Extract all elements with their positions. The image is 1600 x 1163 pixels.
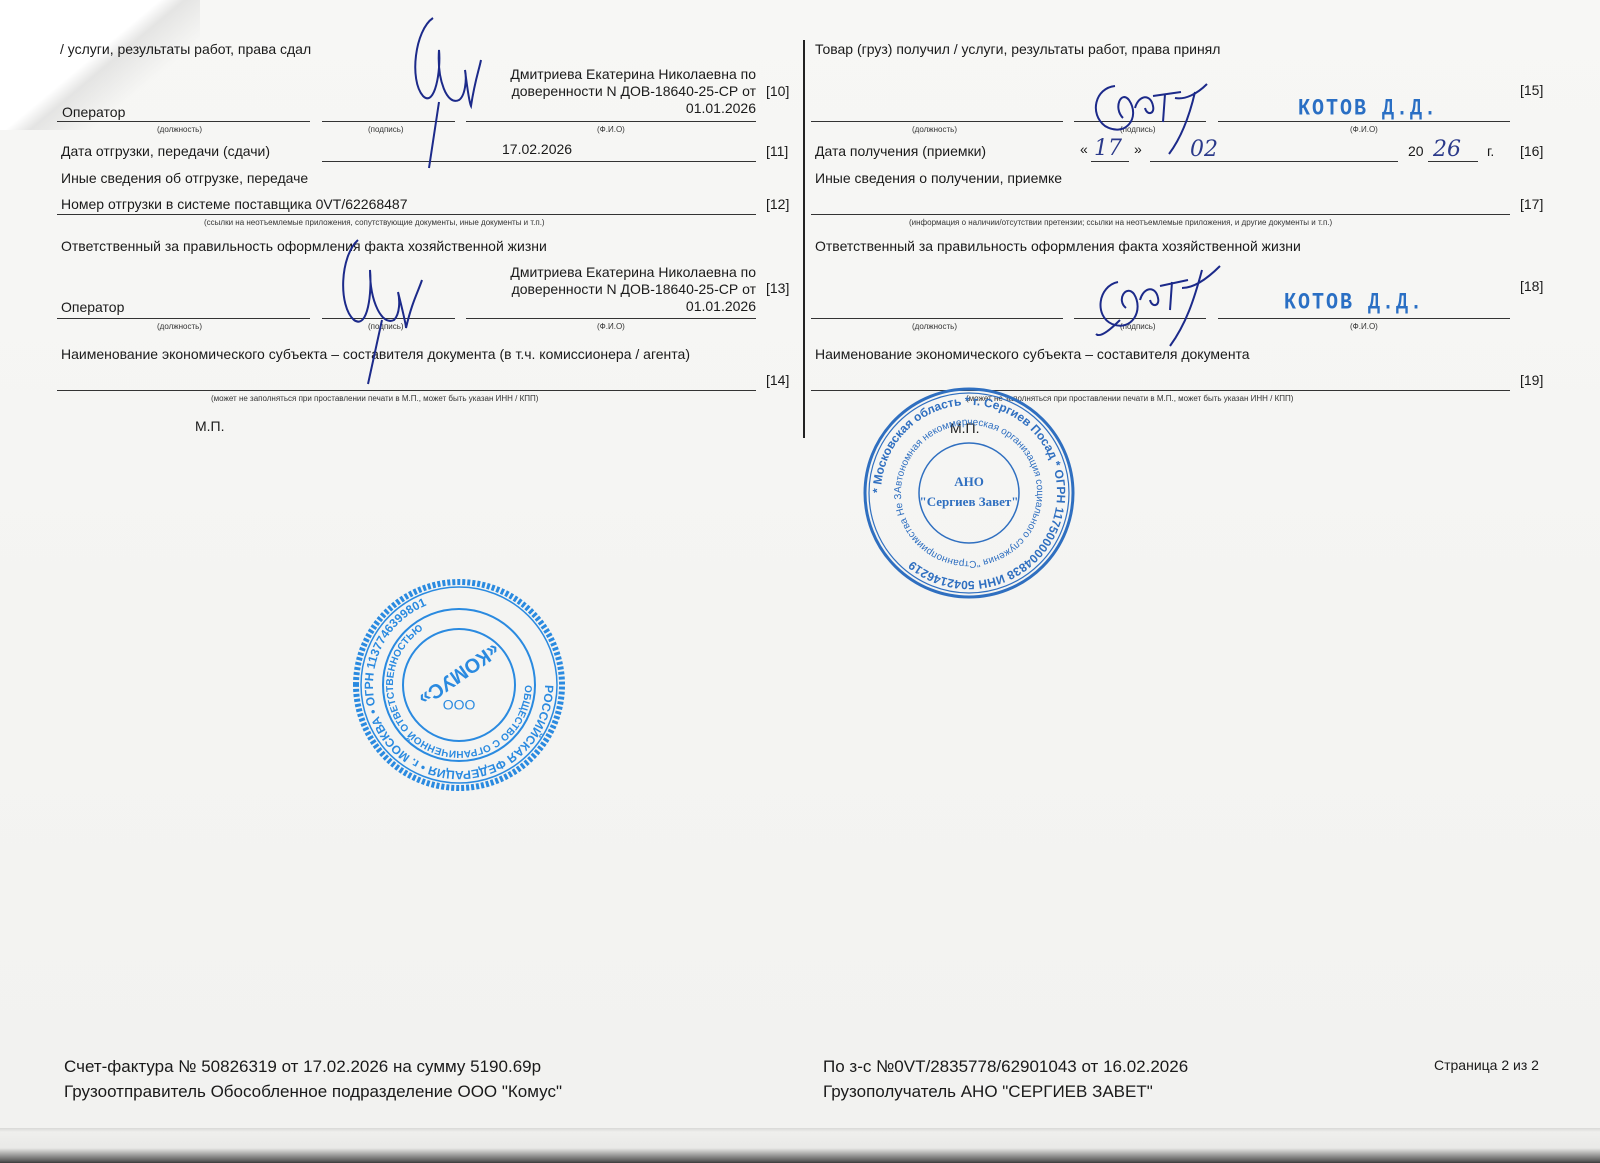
right-responsible-label: Ответственный за правильность оформления… — [815, 238, 1301, 254]
right-header: Товар (груз) получил / услуги, результат… — [815, 41, 1220, 57]
fio-line — [1218, 121, 1510, 122]
fio-line: доверенности N ДОВ-18640-25-СР от — [460, 281, 756, 298]
ref-17: [17] — [1520, 196, 1543, 212]
ref-14: [14] — [766, 372, 789, 388]
caption-fio: (Ф.И.О) — [1350, 322, 1378, 331]
caption-position: (должность) — [157, 125, 202, 134]
caption-claims: (информация о наличии/отсутствии претенз… — [909, 218, 1332, 227]
footer-shipper: Грузоотправитель Обособленное подразделе… — [64, 1082, 562, 1102]
left-header: / услуги, результаты работ, права сдал — [60, 41, 311, 57]
shipment-date-value: 17.02.2026 — [502, 141, 572, 157]
receiver-signature-1 — [1085, 78, 1215, 158]
day-line — [1091, 161, 1129, 162]
info-line — [811, 214, 1510, 215]
receiver-stamp-center-1: АНО — [954, 474, 984, 489]
caption-fio: (Ф.И.О) — [1350, 125, 1378, 134]
shipment-number: Номер отгрузки в системе поставщика 0VT/… — [61, 196, 408, 212]
left-fio-13: Дмитриева Екатерина Николаевна по довере… — [460, 264, 756, 315]
entity-line — [57, 390, 756, 391]
left-fio-10: Дмитриева Екатерина Николаевна по довере… — [460, 66, 756, 117]
year-prefix: 20 — [1408, 143, 1424, 159]
document-page: / услуги, результаты работ, права сдал О… — [0, 0, 1600, 1128]
fio-line — [466, 121, 756, 122]
sender-stamp: РОССИЙСКАЯ ФЕДЕРАЦИЯ • г. МОСКВА • ОГРН … — [352, 578, 566, 792]
ref-19: [19] — [1520, 372, 1543, 388]
ref-10: [10] — [766, 83, 789, 99]
fio-line — [466, 318, 756, 319]
fio-line — [1218, 318, 1510, 319]
position-line — [811, 318, 1063, 319]
ref-11: [11] — [766, 143, 788, 159]
sender-stamp-inner: ОБЩЕСТВО С ОГРАНИЧЕННОЙ ОТВЕТСТВЕННОСТЬЮ — [385, 623, 533, 759]
sender-stamp-center-1: ООО — [443, 697, 476, 713]
page-number: Страница 2 из 2 — [1434, 1057, 1539, 1073]
column-divider — [803, 40, 805, 438]
left-other-info-label: Иные сведения об отгрузке, передаче — [61, 170, 308, 186]
sender-signature-2 — [332, 236, 432, 386]
fio-line: 01.01.2026 — [460, 100, 756, 117]
year-line — [1428, 161, 1478, 162]
ref-18: [18] — [1520, 278, 1543, 294]
caption-attachments: (ссылки на неотъемлемые приложения, сопу… — [204, 218, 545, 227]
fio-line: Дмитриева Екатерина Николаевна по — [460, 66, 756, 83]
caption-entity: (может не заполняться при проставлении п… — [211, 394, 538, 403]
fio-line: доверенности N ДОВ-18640-25-СР от — [460, 83, 756, 100]
date-line — [322, 161, 756, 162]
footer-consignee: Грузополучатель АНО "СЕРГИЕВ ЗАВЕТ" — [823, 1082, 1153, 1102]
position-line — [57, 318, 310, 319]
receipt-date-label: Дата получения (приемки) — [815, 143, 986, 159]
year-unit: г. — [1487, 143, 1494, 159]
shipment-date-label: Дата отгрузки, передачи (сдачи) — [61, 143, 270, 159]
left-position-13: Оператор — [61, 299, 124, 315]
sender-signature-1 — [395, 10, 485, 170]
receipt-year: 26 — [1433, 137, 1461, 162]
position-line — [57, 121, 310, 122]
position-line — [811, 121, 1063, 122]
receiver-stamp: * Московская область * г. Сергиев Посад … — [862, 386, 1076, 600]
footer-order: По з-с №0VT/2835778/62901043 от 16.02.20… — [823, 1057, 1188, 1077]
caption-position: (должность) — [912, 322, 957, 331]
svg-text:ОБЩЕСТВО С ОГРАНИЧЕННОЙ ОТВЕТС: ОБЩЕСТВО С ОГРАНИЧЕННОЙ ОТВЕТСТВЕННОСТЬЮ — [385, 623, 533, 759]
receiver-fio-15: КОТОВ Д.Д. — [1298, 96, 1438, 122]
caption-position: (должность) — [157, 322, 202, 331]
ref-16: [16] — [1520, 143, 1543, 159]
receiver-signature-2 — [1090, 260, 1230, 350]
ref-12: [12] — [766, 196, 789, 212]
caption-fio: (Ф.И.О) — [597, 125, 625, 134]
footer-invoice: Счет-фактура № 50826319 от 17.02.2026 на… — [64, 1057, 541, 1077]
fio-line: 01.01.2026 — [460, 298, 756, 315]
receiver-stamp-center-2: "Сергиев Завет" — [920, 494, 1019, 509]
info-line — [57, 214, 756, 215]
left-stamp-place: М.П. — [195, 418, 225, 434]
ref-15: [15] — [1520, 82, 1543, 98]
right-other-info-label: Иные сведения о получении, приемке — [815, 170, 1062, 186]
ref-13: [13] — [766, 280, 789, 296]
caption-position: (должность) — [912, 125, 957, 134]
month-line — [1150, 161, 1398, 162]
paper-edge — [0, 1128, 1600, 1163]
caption-fio: (Ф.И.О) — [597, 322, 625, 331]
left-position-10: Оператор — [62, 104, 125, 120]
receiver-fio-18: КОТОВ Д.Д. — [1284, 290, 1424, 316]
left-responsible-label: Ответственный за правильность оформления… — [61, 238, 547, 254]
fio-line: Дмитриева Екатерина Николаевна по — [460, 264, 756, 281]
